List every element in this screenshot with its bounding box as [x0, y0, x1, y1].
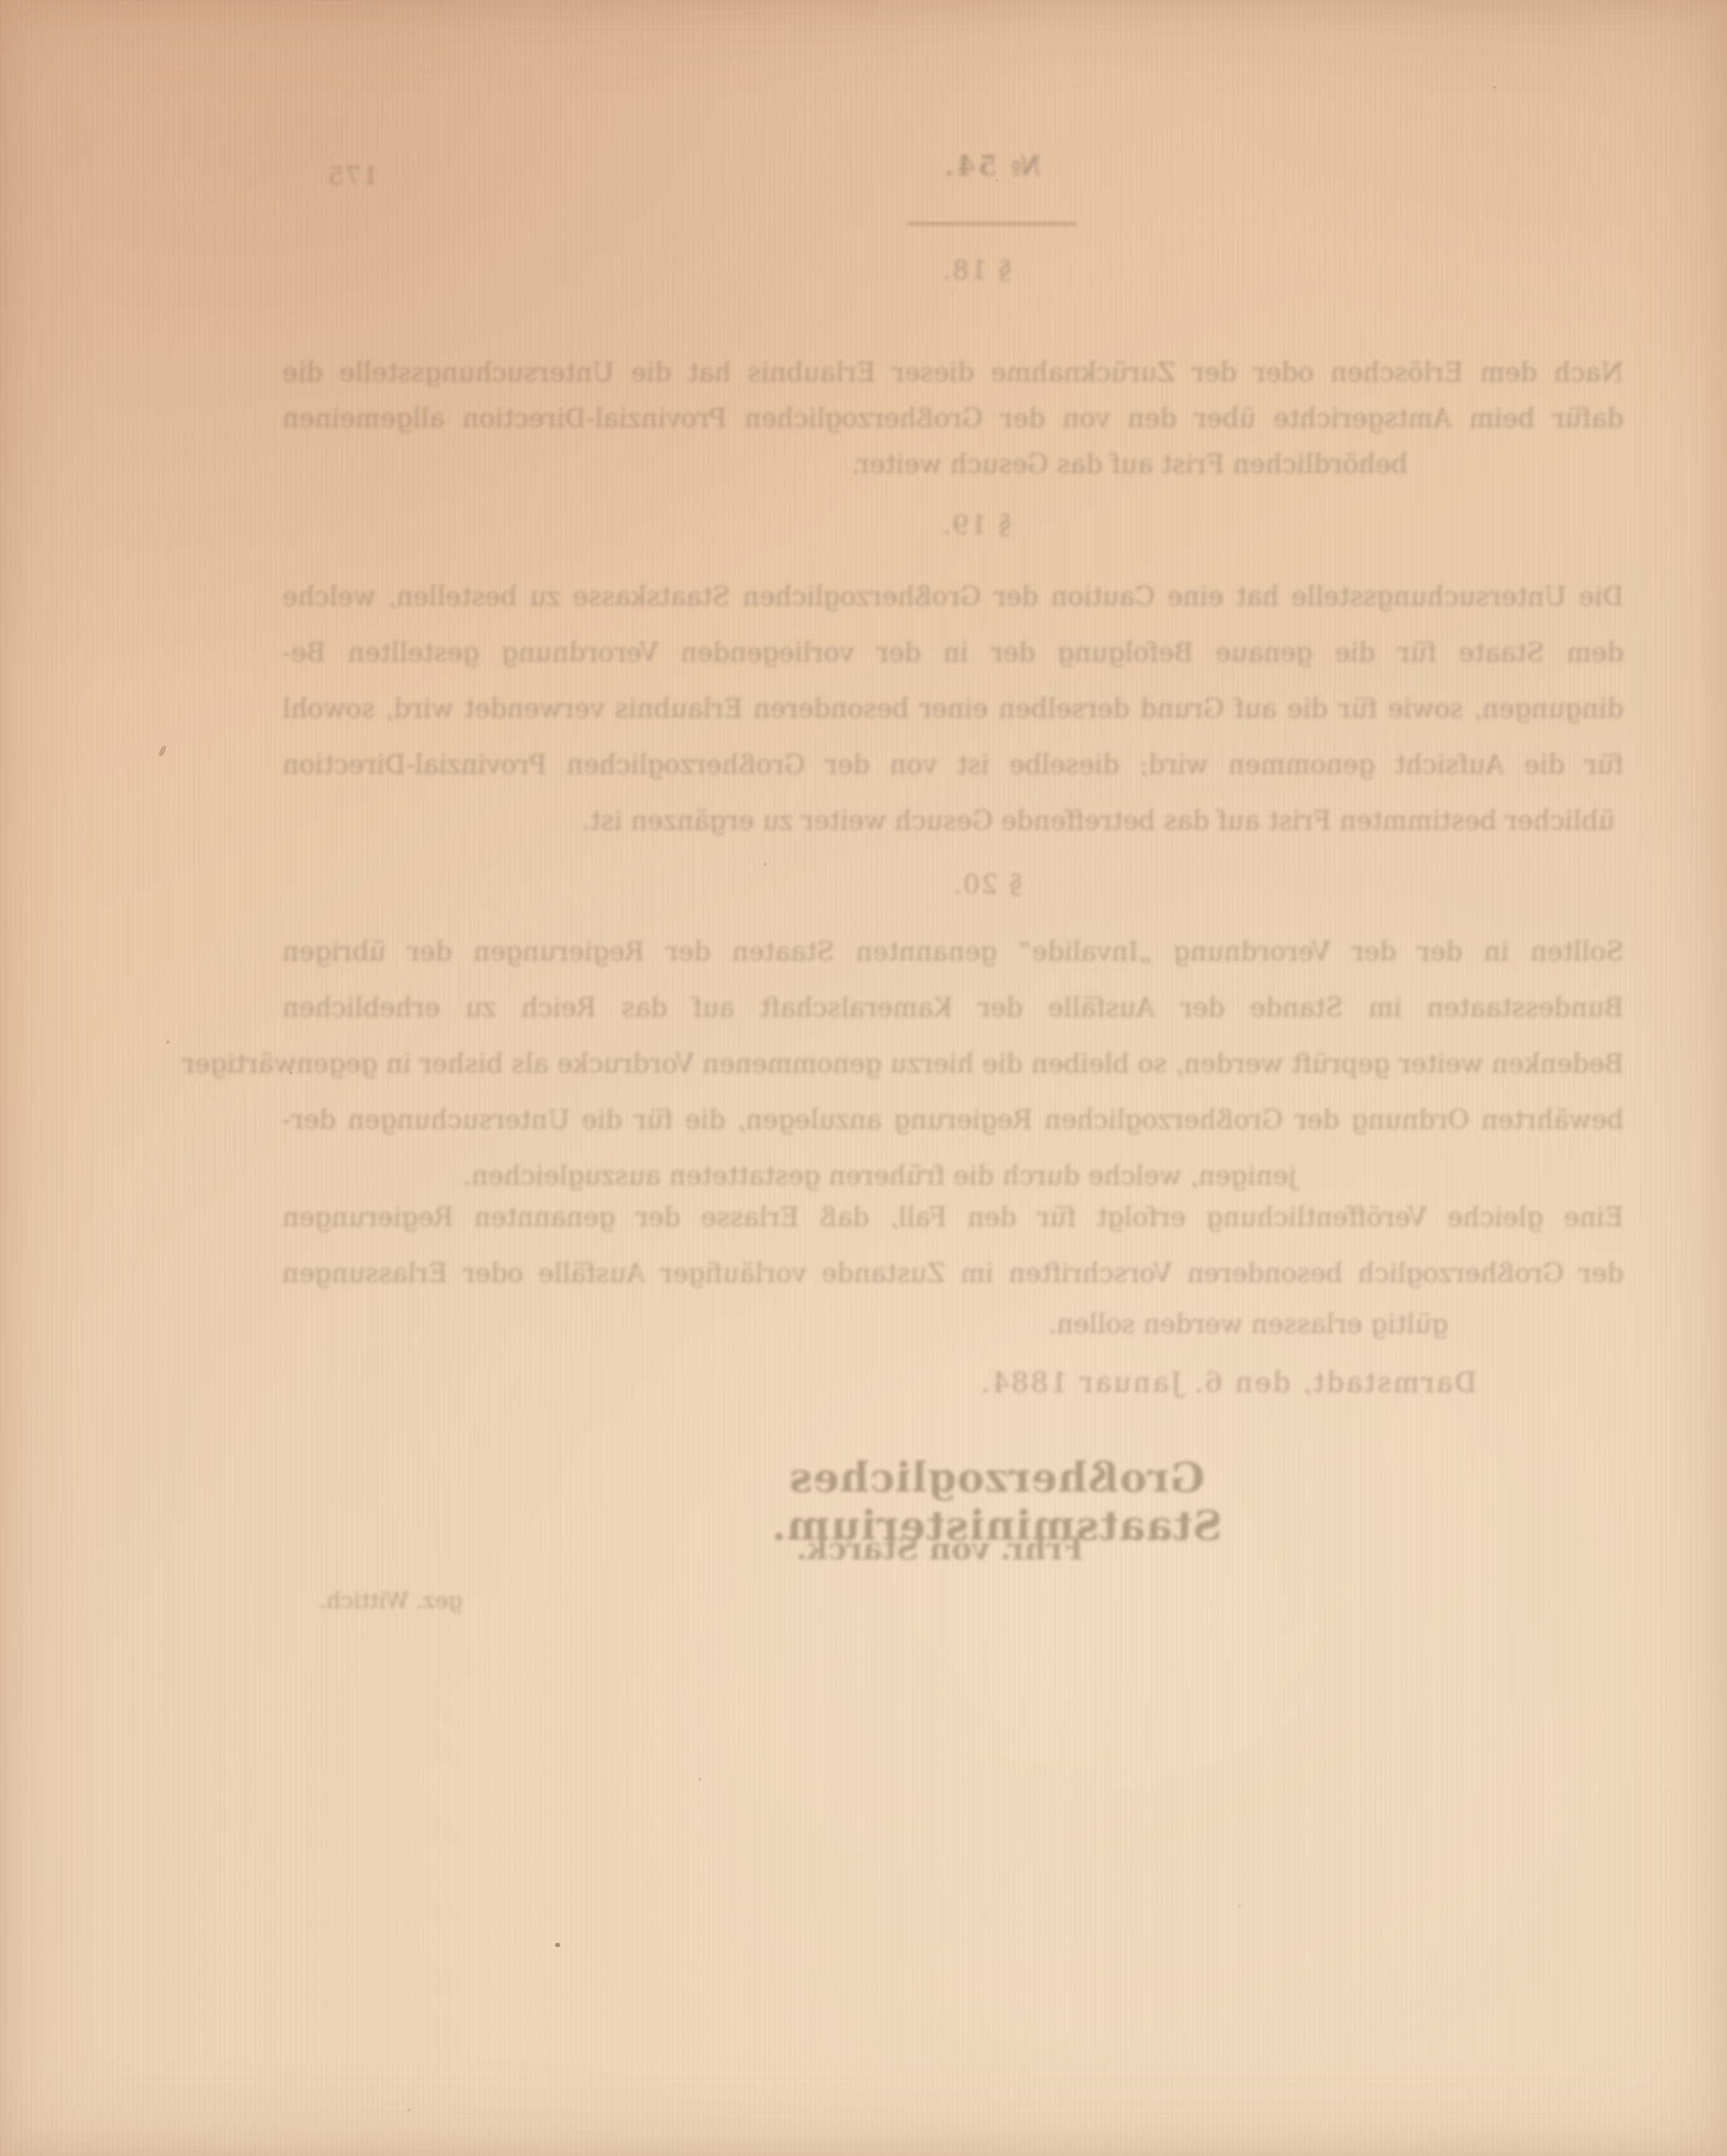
minister-signature: Frhr. von Starck. [794, 1531, 1085, 1567]
section-heading-19: § 19. [925, 511, 1027, 541]
paragraph-line: Bedenken weiter geprüft werden, so bleib… [282, 1049, 1624, 1079]
paragraph-line: dingungen, sowie für die auf Grund derse… [282, 694, 1624, 724]
paragraph-line: Bundesstaaten im Stande der Ausfälle der… [282, 993, 1624, 1023]
paragraph-line: gültig erlassen werden sollen. [1048, 1310, 1448, 1340]
paragraph-line: Nach dem Erlöschen oder der Zurücknahme … [282, 358, 1624, 388]
paragraph-line: behördlichen Frist auf das Gesuch weiter… [852, 450, 1408, 480]
scanned-page: 175 № 54. § 18. Nach dem Erlöschen oder … [0, 0, 1727, 2156]
section-heading-20: § 20. [936, 870, 1038, 900]
paragraph-line: für die Aufsicht genommen wird; dieselbe… [282, 750, 1624, 780]
masthead-issue-number: № 54. [907, 149, 1077, 182]
paper-speck [158, 744, 168, 757]
page-number: 175 [327, 162, 378, 191]
paragraph-line: üblicher bestimmten Frist auf das betref… [582, 806, 1615, 836]
bleed-through-layer: 175 № 54. § 18. Nach dem Erlöschen oder … [282, 0, 1624, 2156]
paragraph-line: der Großherzoglich besonderen Vorschrift… [282, 1259, 1624, 1289]
paragraph-line: Die Untersuchungsstelle hat eine Caution… [282, 582, 1624, 612]
paragraph-line: bewährten Ordnung der Großherzoglichen R… [282, 1105, 1624, 1135]
masthead-rule [907, 223, 1077, 225]
paragraph-line: Sollten in der der Verordnung „Invalide“… [282, 937, 1624, 967]
dateline: Darmstadt, den 6. Januar 1884. [979, 1367, 1477, 1399]
paper-speck [166, 1041, 169, 1044]
countersignature: gez. Wittich. [319, 1588, 463, 1614]
paragraph-line: jenigen, welche durch die früheren gesta… [463, 1161, 1296, 1191]
paragraph-line: Eine gleiche Veröffentlichung erfolgt fü… [282, 1203, 1624, 1233]
paragraph-line: dafür beim Amtsgerichte über den von der… [282, 404, 1624, 434]
paragraph-line: dem Staate für die genaue Befolgung der … [282, 638, 1624, 668]
section-heading-18: § 18. [925, 256, 1027, 286]
